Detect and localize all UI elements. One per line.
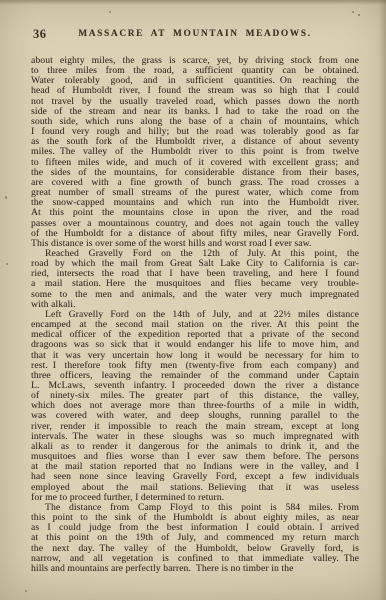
scan-speck	[25, 590, 27, 592]
running-head: MASSACRE AT MOUNTAIN MEADOWS.	[31, 29, 359, 39]
text-line: some to the men and animals, and the wat…	[31, 290, 359, 300]
text-line: At this point the mountains close in upo…	[31, 208, 359, 218]
paragraph: The distance from Camp Floyd to this poi…	[31, 503, 359, 574]
book-page: 36 MASSACRE AT MOUNTAIN MEADOWS. about e…	[0, 0, 386, 600]
page-header: 36 MASSACRE AT MOUNTAIN MEADOWS.	[31, 29, 359, 43]
scan-speck	[5, 196, 7, 199]
scan-speck	[352, 11, 354, 13]
page-body: about eighty miles, the grass is scarce,…	[31, 56, 359, 574]
scan-speck	[6, 263, 8, 265]
page-number: 36	[33, 27, 47, 42]
scan-speck	[109, 11, 111, 13]
text-line: at this point on the 19th of July, and c…	[31, 533, 359, 543]
text-line: dragoons was so sick that it would endan…	[31, 340, 359, 350]
scan-speck	[358, 14, 360, 16]
paragraph: Reached Gravelly Ford on the 12th of Jul…	[31, 249, 359, 310]
text-line: hills and mountains are perfectly barren…	[31, 564, 359, 574]
paragraph: Left Gravelly Ford on the 14th of July, …	[31, 310, 359, 503]
paragraph: about eighty miles, the grass is scarce,…	[31, 56, 359, 249]
